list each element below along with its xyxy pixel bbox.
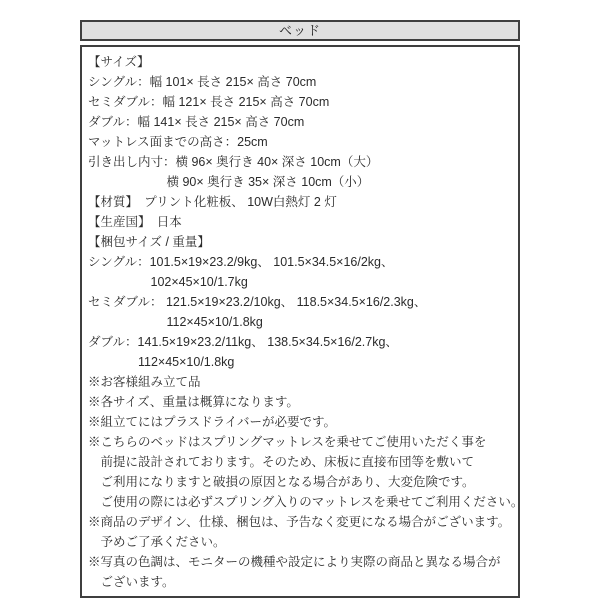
- spec-note-design-change-2: 予めご了承ください。: [88, 532, 514, 552]
- spec-line-package-semidouble-2: 112×45×10/1.8kg: [88, 312, 514, 332]
- product-spec-panel: ベッド 【サイズ】 シングル：幅 101× 長さ 215× 高さ 70cm セミ…: [80, 20, 520, 598]
- spec-line-size-semidouble: セミダブル：幅 121× 長さ 215× 高さ 70cm: [88, 92, 514, 112]
- spec-line-drawer-large: 引き出し内寸：横 96× 奥行き 40× 深さ 10cm（大）: [88, 152, 514, 172]
- spec-line-size-heading: 【サイズ】: [88, 52, 514, 72]
- spec-line-country: 【生産国】 日本: [88, 212, 514, 232]
- spec-line-package-single-2: 102×45×10/1.7kg: [88, 272, 514, 292]
- spec-line-mattress-height: マットレス面までの高さ：25cm: [88, 132, 514, 152]
- spec-note-spring-4: ご使用の際には必ずスプリング入りのマットレスを乗せてご利用ください。: [88, 492, 514, 512]
- spec-line-size-double: ダブル：幅 141× 長さ 215× 高さ 70cm: [88, 112, 514, 132]
- panel-title-bar: ベッド: [80, 20, 520, 41]
- spec-line-package-semidouble-1: セミダブル： 121.5×19×23.2/10kg、 118.5×34.5×16…: [88, 292, 514, 312]
- panel-title: ベッド: [279, 23, 321, 38]
- spec-note-spring-3: ご利用になりますと破損の原因となる場合があり、大変危険です。: [88, 472, 514, 492]
- spec-body: 【サイズ】 シングル：幅 101× 長さ 215× 高さ 70cm セミダブル：…: [80, 45, 520, 598]
- spec-note-approximate: ※各サイズ、重量は概算になります。: [88, 392, 514, 412]
- spec-line-package-double-1: ダブル：141.5×19×23.2/11kg、 138.5×34.5×16/2.…: [88, 332, 514, 352]
- spec-line-package-heading: 【梱包サイズ / 重量】: [88, 232, 514, 252]
- spec-note-assembly: ※お客様組み立て品: [88, 372, 514, 392]
- spec-line-drawer-small: 横 90× 奥行き 35× 深さ 10cm（小）: [88, 172, 514, 192]
- spec-line-material: 【材質】 プリント化粧板、 10W白熱灯 2 灯: [88, 192, 514, 212]
- spec-line-package-double-2: 112×45×10/1.8kg: [88, 352, 514, 372]
- spec-note-color-2: ございます。: [88, 572, 514, 592]
- spec-note-design-change-1: ※商品のデザイン、仕様、梱包は、予告なく変更になる場合がございます。: [88, 512, 514, 532]
- spec-note-spring-2: 前提に設計されております。そのため、床板に直接布団等を敷いて: [88, 452, 514, 472]
- spec-line-size-single: シングル：幅 101× 長さ 215× 高さ 70cm: [88, 72, 514, 92]
- spec-line-package-single-1: シングル：101.5×19×23.2/9kg、 101.5×34.5×16/2k…: [88, 252, 514, 272]
- spec-note-color-1: ※写真の色調は、モニターの機種や設定により実際の商品と異なる場合が: [88, 552, 514, 572]
- spec-note-spring-1: ※こちらのベッドはスプリングマットレスを乗せてご使用いただく事を: [88, 432, 514, 452]
- spec-note-screwdriver: ※組立てにはプラスドライバーが必要です。: [88, 412, 514, 432]
